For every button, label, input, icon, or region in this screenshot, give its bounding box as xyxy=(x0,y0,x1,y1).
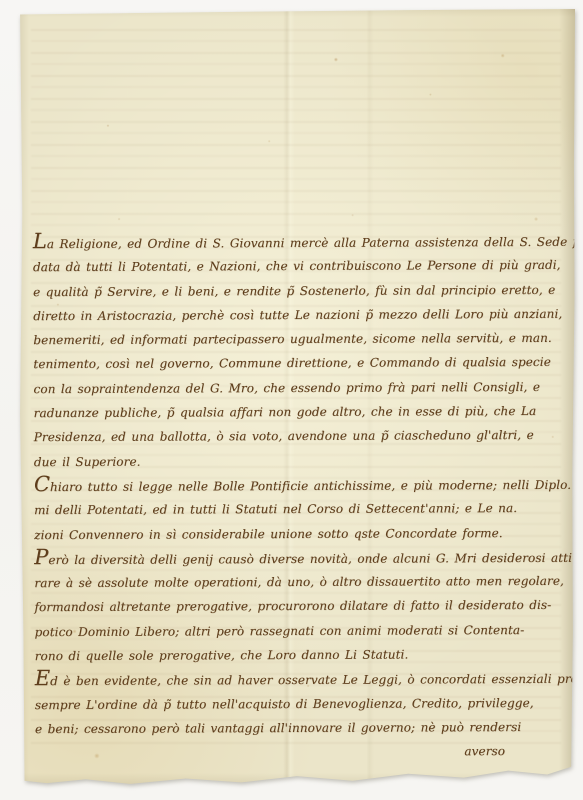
manuscript-line: e qualità p̃ Servire, e li beni, e rendi… xyxy=(51,277,561,304)
manuscript-line: rono di quelle sole prerogative, che Lor… xyxy=(53,642,563,669)
manuscript-line: tenimento, così nel governo, Commune dir… xyxy=(51,350,561,377)
paragraph-1: La Religione, ed Ordine di S. Giovanni m… xyxy=(33,229,562,474)
manuscript-page: La Religione, ed Ordine di S. Giovanni m… xyxy=(19,9,575,787)
manuscript-line: due il Superiore. xyxy=(52,448,562,475)
manuscript-line: data dà tutti li Potentati, e Nazioni, c… xyxy=(51,253,561,280)
catchword: averso xyxy=(53,739,563,765)
manuscript-line: sempre L'ordine dà p̃ tutto nell'acquist… xyxy=(53,690,563,717)
manuscript-line: e beni; cessarono però tali vantaggi all… xyxy=(53,715,563,742)
manuscript-line: Chiaro tutto si legge nelle Bolle Pontif… xyxy=(52,472,562,499)
manuscript-line: Presidenza, ed una ballotta, ò sia voto,… xyxy=(52,423,562,450)
manuscript-line: zioni Convennero in sì considerabile uni… xyxy=(52,520,562,547)
manuscript-line: radunanze publiche, p̃ qualsia affari no… xyxy=(52,399,562,426)
manuscript-line: La Religione, ed Ordine di S. Giovanni m… xyxy=(51,229,561,256)
manuscript-line: formandosi altretante prerogative, procu… xyxy=(52,593,562,620)
manuscript-line: potico Dominio Libero; altri però rasseg… xyxy=(53,618,563,645)
scanner-background: La Religione, ed Ordine di S. Giovanni m… xyxy=(0,0,583,800)
manuscript-line: diretto in Aristocrazia, perchè così tut… xyxy=(51,302,561,329)
manuscript-line: Ed è ben evidente, che sin ad haver osse… xyxy=(53,666,563,693)
manuscript-line: Però la diversità delli genij causò dive… xyxy=(52,545,562,572)
paragraph-2: Chiaro tutto si legge nelle Bolle Pontif… xyxy=(34,472,562,547)
manuscript-text: La Religione, ed Ordine di S. Giovanni m… xyxy=(33,229,563,766)
manuscript-page-wrap: La Religione, ed Ordine di S. Giovanni m… xyxy=(19,9,575,787)
manuscript-line: con la sopraintendenza del G. Mro, che e… xyxy=(51,375,561,402)
paragraph-3: Però la diversità delli genij causò dive… xyxy=(34,545,563,669)
manuscript-line: rare à sè assolute molte operationi, dà … xyxy=(52,569,562,596)
manuscript-line: benemeriti, ed informati partecipassero … xyxy=(51,326,561,353)
manuscript-line: mi delli Potentati, ed in tutti li Statu… xyxy=(52,496,562,523)
paragraph-4: Ed è ben evidente, che sin ad haver osse… xyxy=(35,666,563,765)
